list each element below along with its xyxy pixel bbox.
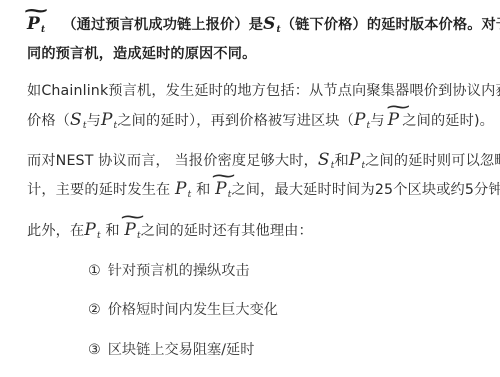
text: 同的预言机，造成延时的原因不同。	[27, 46, 256, 62]
text: （通过预言机成功链上报价）是	[62, 17, 263, 33]
text: （链下价格）的延时版本价格。对于不	[281, 17, 500, 33]
text: 与	[87, 113, 101, 129]
math-p-t: Pt	[349, 150, 365, 173]
text: 之间的延时），再到价格被写进区块（	[117, 113, 354, 129]
paragraph-2-line-1: 如Chainlink预言机，发生延时的地方包括：从节点向聚集器喂价到协议内获得	[27, 81, 500, 101]
paragraph-2-line-2: 价格（St与Pt之间的延时），再到价格被写进区块（Pt与P之间的延时)。	[27, 110, 494, 133]
math-p-t: Pt	[175, 179, 191, 202]
math-s-t: St	[70, 110, 87, 133]
paragraph-4-line-1: 此外，在Pt 和 Pt之间的延时还有其他理由：	[27, 220, 313, 243]
reason-text: 价格短时间内发生巨大变化	[108, 302, 278, 318]
math-s-t: St	[263, 14, 281, 37]
reason-text: 区块链上交易阻塞/延时	[108, 342, 255, 358]
math-p-tilde: P	[388, 110, 400, 130]
circled-number-2: ②	[88, 302, 101, 318]
text: 计，主要的延时发生在	[27, 182, 175, 198]
text: 而对NEST 协议而言， 当报价密度足够大时，	[27, 153, 318, 169]
math-p-tilde-t: Pt	[124, 220, 140, 243]
text: 之间的延时)。	[402, 113, 494, 129]
math-s-t: St	[318, 150, 335, 173]
text: 与	[370, 113, 384, 129]
math-p-t: Pt	[101, 110, 117, 133]
text: 如Chainlink预言机，发生延时的地方包括：从节点向聚集器喂价到协议内获得	[27, 83, 500, 99]
circled-number-1: ①	[88, 263, 101, 279]
reason-item-3: ③区块链上交易阻塞/延时	[88, 340, 254, 360]
paragraph-1-line-2: 同的预言机，造成延时的原因不同。	[27, 44, 256, 64]
reason-text: 针对预言机的操纵攻击	[108, 263, 250, 279]
paragraph-1-line-1: Pt （通过预言机成功链上报价）是St（链下价格）的延时版本价格。对于不	[27, 14, 500, 37]
text: 价格（	[27, 113, 70, 129]
reason-item-2: ②价格短时间内发生巨大变化	[88, 300, 278, 320]
text: 之间的延时则可以忽略不	[365, 153, 500, 169]
text: 此外，在	[27, 223, 84, 239]
text: 和	[335, 153, 349, 169]
circled-number-3: ③	[88, 342, 101, 358]
paragraph-3-line-2: 计，主要的延时发生在 Pt 和 Pt之间，最大延时时间为25个区块或约5分钟。	[27, 179, 500, 202]
math-p-t: Pt	[84, 220, 100, 243]
paragraph-3-line-1: 而对NEST 协议而言， 当报价密度足够大时，St和Pt之间的延时则可以忽略不	[27, 150, 500, 173]
math-p-t: Pt	[354, 110, 370, 133]
math-p-tilde-t: Pt	[215, 179, 231, 202]
text: 之间的延时还有其他理由：	[141, 223, 313, 239]
text: 之间，最大延时时间为25个区块或约5分钟。	[231, 182, 500, 198]
reason-item-1: ①针对预言机的操纵攻击	[88, 261, 250, 281]
math-p-tilde-t: Pt	[27, 14, 45, 37]
